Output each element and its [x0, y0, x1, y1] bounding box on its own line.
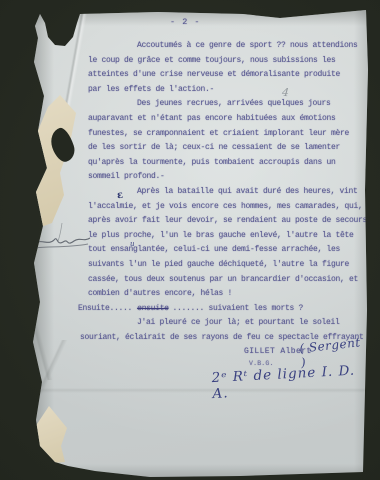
struck-word: ensuite	[136, 302, 169, 317]
handwritten-insertion-mark: u	[130, 240, 135, 248]
body-line: l'accalmie, et je vois encore ces hommes…	[88, 200, 380, 215]
line-post: ....... suivaient les morts ?	[168, 304, 303, 313]
body-line: atteintes d'une crise nerveuse et démora…	[88, 68, 380, 83]
body-line: Accoutumés à ce genre de sport ?? nous a…	[88, 39, 380, 54]
body-line: funestes, se cramponnaient et criaient i…	[88, 127, 380, 142]
body-line: Des jeunes recrues, arrivées quelques jo…	[88, 97, 380, 112]
body-line: après avoir fait leur devoir, se rendaie…	[88, 214, 380, 229]
body-line: auparavant et n'étant pas encore habitué…	[88, 112, 380, 127]
torn-tape-patch-left	[30, 95, 80, 230]
pencil-scribble-mark	[32, 220, 102, 254]
body-line: le coup de grâce et comme toujours, nous…	[88, 54, 380, 69]
body-line: Après la bataille qui avait duré des heu…	[88, 185, 380, 200]
page-number: - 2 -	[170, 17, 201, 27]
body-line: de les sortir de là; ceux-ci ne cessaien…	[88, 141, 380, 156]
body-line: qu'après la tourmente, puis tombaient ac…	[88, 156, 380, 171]
signature-small-note: V.B.G.	[249, 360, 274, 367]
faint-pencil-mark: 4	[282, 86, 290, 99]
letter-body: Accoutumés à ce genre de sport ?? nous a…	[88, 39, 380, 345]
body-line: J'ai pleuré ce jour là; et pourtant le s…	[88, 316, 380, 331]
signature-handwritten-unit: 2ᵉ Rᵗ de ligne I. D. A.	[211, 362, 370, 402]
body-line: suivants l'un le pied gauche déchiqueté,…	[88, 258, 380, 273]
scanned-letter-photo: - 2 - Accoutumés à ce genre de sport ?? …	[0, 0, 380, 480]
body-line: sommeil profond.-	[88, 170, 380, 185]
body-line: combien d'autres encore, hélas !	[88, 287, 380, 302]
line-pre: Ensuite.....	[78, 304, 137, 313]
body-line-with-strikeout: Ensuite..... ensuite ....... suivaient l…	[78, 302, 380, 317]
body-line: par les effets de l'action.-	[88, 83, 380, 98]
paper-sheet: - 2 - Accoutumés à ce genre de sport ?? …	[28, 10, 370, 478]
body-line: cassée, tous deux soutenus par un branca…	[88, 273, 380, 288]
torn-tape-patch-bottom	[31, 406, 71, 466]
